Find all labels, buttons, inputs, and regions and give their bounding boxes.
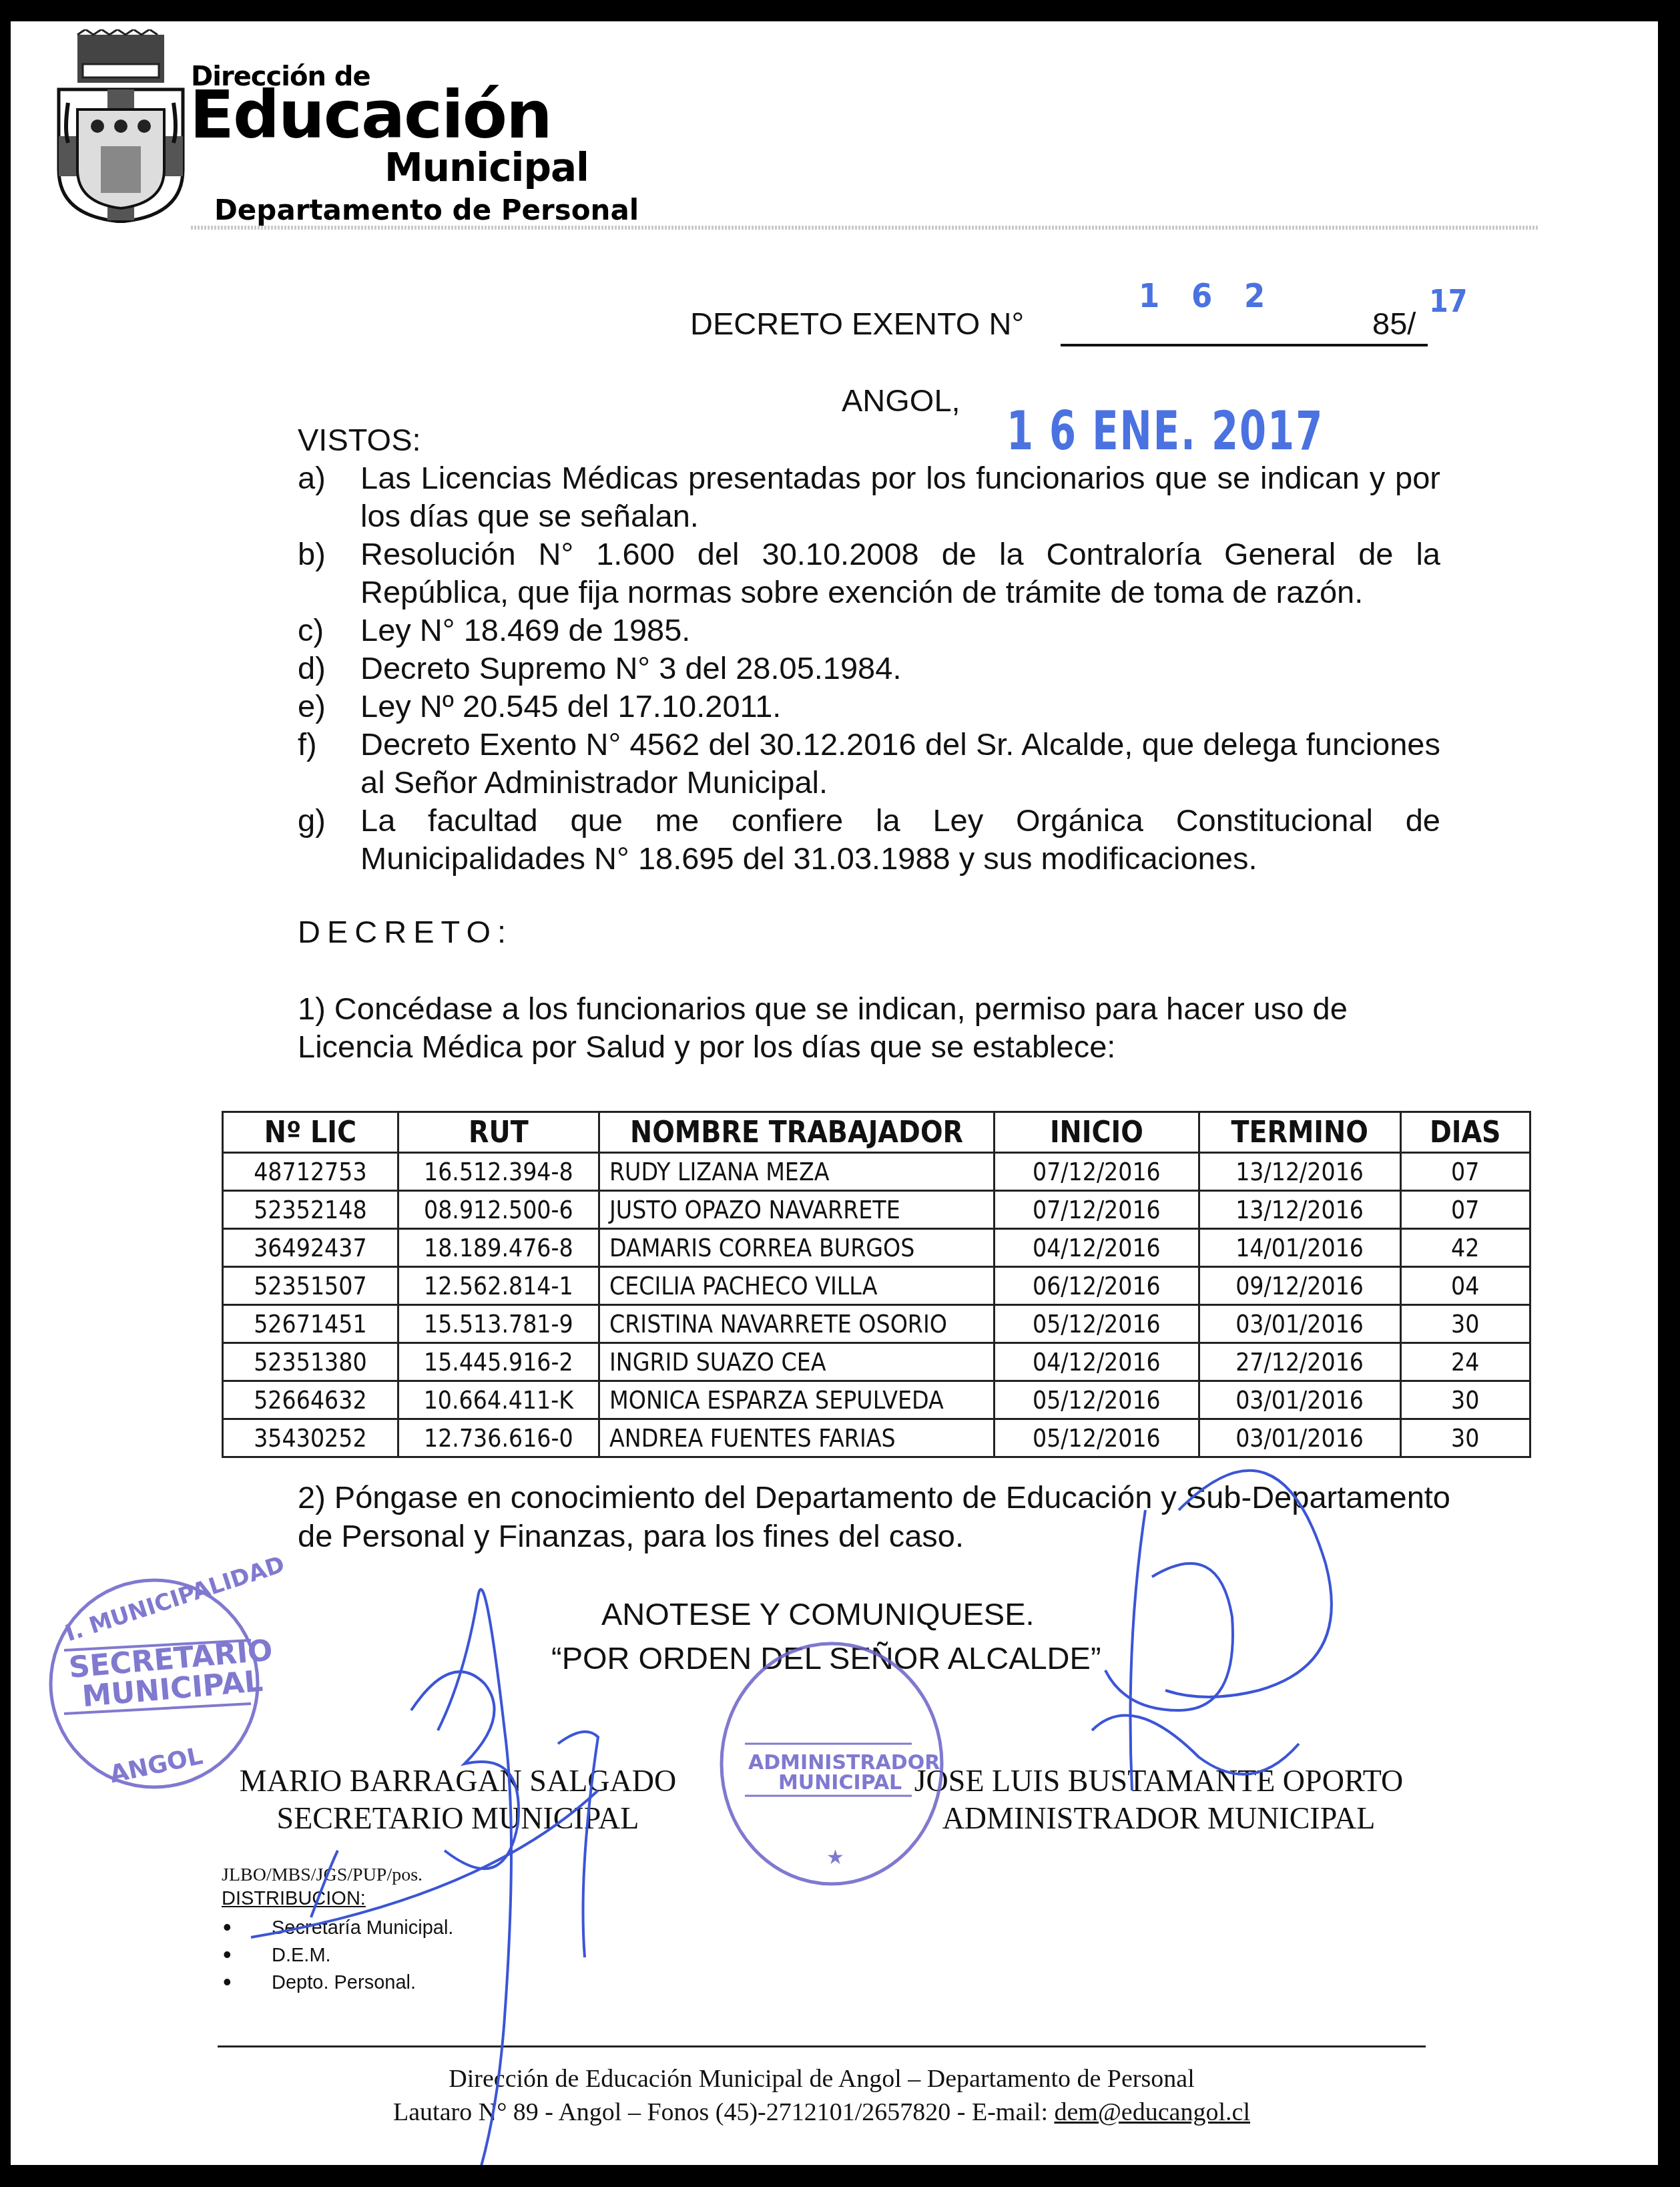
signatory-left: MARIO BARRAGAN SALGADO SECRETARIO MUNICI…: [211, 1762, 705, 1837]
medical-leave-table: Nº LICRUTNOMBRE TRABAJADORINICIOTERMINOD…: [222, 1111, 1531, 1458]
decree-number-line: [1061, 344, 1428, 346]
table-cell: 03/01/2016: [1199, 1419, 1400, 1457]
decree-year-mark: 17: [1429, 283, 1468, 319]
column-header: Nº LIC: [223, 1112, 398, 1153]
table-cell: 30: [1400, 1305, 1530, 1343]
distribution-item: Secretaría Municipal.: [222, 1915, 453, 1942]
table-cell: 48712753: [223, 1153, 398, 1191]
table-row: 4871275316.512.394-8RUDY LIZANA MEZA07/1…: [223, 1153, 1530, 1191]
table-cell: 27/12/2016: [1199, 1343, 1400, 1381]
por-orden-line: “POR ORDEN DEL SEÑOR ALCALDE”: [551, 1640, 1101, 1676]
table-row: 3649243718.189.476-8DAMARIS CORREA BURGO…: [223, 1229, 1530, 1267]
table-row: 5235150712.562.814-1CECILIA PACHECO VILL…: [223, 1267, 1530, 1305]
table-row: 5235138015.445.916-2INGRID SUAZO CEA04/1…: [223, 1343, 1530, 1381]
letterhead-title: Educación: [190, 83, 551, 148]
signatory-left-title: SECRETARIO MUNICIPAL: [211, 1800, 705, 1837]
decree-number-stamp: 1 6 2: [1139, 276, 1276, 315]
table-cell: 30: [1400, 1419, 1530, 1457]
table-cell: 04/12/2016: [995, 1229, 1199, 1267]
table-cell: 04/12/2016: [995, 1343, 1199, 1381]
table-cell: 07: [1400, 1153, 1530, 1191]
vistos-item: g)La facultad que me confiere la Ley Org…: [298, 801, 1440, 877]
vistos-item-text: Decreto Exento N° 4562 del 30.12.2016 de…: [360, 726, 1440, 800]
table-cell: 04: [1400, 1267, 1530, 1305]
table-header-row: Nº LICRUTNOMBRE TRABAJADORINICIOTERMINOD…: [223, 1112, 1530, 1153]
distribution-heading: DISTRIBUCION:: [222, 1888, 366, 1910]
seals-and-signatures: SECRETARIO MUNICIPAL ANGOL I. MUNICIPALI…: [11, 21, 1658, 2165]
table-cell: 05/12/2016: [995, 1419, 1199, 1457]
table-cell: 24: [1400, 1343, 1530, 1381]
vistos-heading: VISTOS:: [298, 421, 1440, 459]
place-label: ANGOL,: [842, 382, 960, 419]
table-cell: 52351380: [223, 1343, 398, 1381]
footer-email-link[interactable]: dem@educangol.cl: [1054, 2098, 1250, 2126]
vistos-item: b)Resolución N° 1.600 del 30.10.2008 de …: [298, 535, 1440, 611]
table-cell: 03/01/2016: [1199, 1305, 1400, 1343]
vistos-item: c)Ley N° 18.469 de 1985.: [298, 611, 1440, 649]
distribution-item: D.E.M.: [222, 1942, 453, 1969]
vistos-item-text: Ley Nº 20.545 del 17.10.2011.: [360, 688, 781, 724]
vistos-item-text: Decreto Supremo N° 3 del 28.05.1984.: [360, 650, 901, 686]
signatory-right: JOSE LUIS BUSTAMANTE OPORTO ADMINISTRADO…: [878, 1762, 1439, 1837]
table-cell: 52352148: [223, 1191, 398, 1229]
letterhead-department: Departamento de Personal: [214, 196, 639, 224]
table-cell: 03/01/2016: [1199, 1381, 1400, 1419]
vistos-item: f)Decreto Exento N° 4562 del 30.12.2016 …: [298, 725, 1440, 801]
column-header: DIAS: [1400, 1112, 1530, 1153]
table-cell: CECILIA PACHECO VILLA: [599, 1267, 994, 1305]
table-cell: MONICA ESPARZA SEPULVEDA: [599, 1381, 994, 1419]
table-cell: 35430252: [223, 1419, 398, 1457]
signatory-left-name: MARIO BARRAGAN SALGADO: [211, 1762, 705, 1800]
signatory-right-title: ADMINISTRADOR MUNICIPAL: [878, 1800, 1439, 1837]
footer-line-2: Lautaro N° 89 - Angol – Fonos (45)-27121…: [218, 2098, 1426, 2127]
footer-line-1: Dirección de Educación Municipal de Ango…: [218, 2064, 1426, 2094]
decree-number-suffix: 85/: [1372, 305, 1416, 342]
svg-text:ANGOL: ANGOL: [107, 1742, 206, 1788]
table-cell: 15.445.916-2: [398, 1343, 599, 1381]
table-cell: 52671451: [223, 1305, 398, 1343]
table-cell: 18.189.476-8: [398, 1229, 599, 1267]
vistos-list: a)Las Licencias Médicas presentadas por …: [298, 459, 1440, 877]
vistos-item-label: d): [298, 649, 326, 687]
decreto-point-2: 2) Póngase en conocimiento del Departame…: [298, 1478, 1459, 1555]
vistos-item-text: Ley N° 18.469 de 1985.: [360, 612, 690, 648]
secretario-seal-icon: SECRETARIO MUNICIPAL ANGOL I. MUNICIPALI…: [51, 1551, 288, 1788]
signatory-right-name: JOSE LUIS BUSTAMANTE OPORTO: [878, 1762, 1439, 1800]
municipal-coat-of-arms-icon: [51, 29, 191, 223]
vistos-item-text: Las Licencias Médicas presentadas por lo…: [360, 460, 1440, 533]
footer-address: Lautaro N° 89 - Angol – Fonos (45)-27121…: [393, 2098, 1054, 2126]
distribution-item: Depto. Personal.: [222, 1969, 453, 1997]
vistos-item-label: b): [298, 535, 326, 573]
table-cell: 08.912.500-6: [398, 1191, 599, 1229]
table-cell: 06/12/2016: [995, 1267, 1199, 1305]
table-cell: 52664632: [223, 1381, 398, 1419]
table-cell: 05/12/2016: [995, 1305, 1199, 1343]
table-cell: 09/12/2016: [1199, 1267, 1400, 1305]
table-cell: 12.562.814-1: [398, 1267, 599, 1305]
table-cell: 30: [1400, 1381, 1530, 1419]
vistos-item-label: g): [298, 801, 326, 839]
table-cell: 36492437: [223, 1229, 398, 1267]
svg-text:I. MUNICIPALIDAD: I. MUNICIPALIDAD: [62, 1551, 288, 1647]
svg-text:★: ★: [826, 1847, 844, 1869]
distribution-list: Secretaría Municipal.D.E.M.Depto. Person…: [222, 1915, 453, 1997]
table-cell: INGRID SUAZO CEA: [599, 1343, 994, 1381]
table-row: 5267145115.513.781-9CRISTINA NAVARRETE O…: [223, 1305, 1530, 1343]
decreto-point-1: 1) Concédase a los funcionarios que se i…: [298, 989, 1440, 1065]
column-header: TERMINO: [1199, 1112, 1400, 1153]
vistos-item-label: a): [298, 459, 326, 497]
decreto-heading: DECRETO:: [298, 913, 1440, 951]
table-cell: 13/12/2016: [1199, 1191, 1400, 1229]
vistos-item-label: c): [298, 611, 324, 649]
svg-text:MUNICIPAL: MUNICIPAL: [81, 1664, 264, 1714]
table-cell: 10.664.411-K: [398, 1381, 599, 1419]
footer-divider: [218, 2045, 1426, 2047]
document-page: Dirección de Educación Municipal Departa…: [11, 21, 1658, 2165]
table-cell: 52351507: [223, 1267, 398, 1305]
vistos-item-label: f): [298, 725, 317, 763]
table-cell: 16.512.394-8: [398, 1153, 599, 1191]
column-header: RUT: [398, 1112, 599, 1153]
table-cell: 12.736.616-0: [398, 1419, 599, 1457]
table-cell: 07/12/2016: [995, 1191, 1199, 1229]
table-cell: DAMARIS CORREA BURGOS: [599, 1229, 994, 1267]
table-cell: 15.513.781-9: [398, 1305, 599, 1343]
table-cell: 14/01/2016: [1199, 1229, 1400, 1267]
decree-label: DECRETO EXENTO N°: [690, 305, 1024, 342]
table-cell: ANDREA FUENTES FARIAS: [599, 1419, 994, 1457]
letterhead-line-3: Municipal: [384, 148, 589, 187]
column-header: INICIO: [995, 1112, 1199, 1153]
table-cell: RUDY LIZANA MEZA: [599, 1153, 994, 1191]
vistos-item: a)Las Licencias Médicas presentadas por …: [298, 459, 1440, 535]
svg-text:SECRETARIO: SECRETARIO: [67, 1634, 274, 1686]
table-cell: CRISTINA NAVARRETE OSORIO: [599, 1305, 994, 1343]
table-cell: 13/12/2016: [1199, 1153, 1400, 1191]
vistos-item-text: La facultad que me confiere la Ley Orgán…: [360, 802, 1440, 876]
table-cell: 07: [1400, 1191, 1530, 1229]
table-cell: 05/12/2016: [995, 1381, 1199, 1419]
vistos-item: d)Decreto Supremo N° 3 del 28.05.1984.: [298, 649, 1440, 687]
vistos-item: e)Ley Nº 20.545 del 17.10.2011.: [298, 687, 1440, 725]
table-row: 5266463210.664.411-KMONICA ESPARZA SEPUL…: [223, 1381, 1530, 1419]
table-row: 5235214808.912.500-6JUSTO OPAZO NAVARRET…: [223, 1191, 1530, 1229]
vistos-item-label: e): [298, 687, 326, 725]
vistos-item-text: Resolución N° 1.600 del 30.10.2008 de la…: [360, 536, 1440, 610]
letterhead-divider: [191, 226, 1539, 230]
table-cell: 07/12/2016: [995, 1153, 1199, 1191]
table-cell: 42: [1400, 1229, 1530, 1267]
table-cell: JUSTO OPAZO NAVARRETE: [599, 1191, 994, 1229]
table-row: 3543025212.736.616-0ANDREA FUENTES FARIA…: [223, 1419, 1530, 1457]
anotese-line: ANOTESE Y COMUNIQUESE.: [601, 1596, 1035, 1632]
reference-initials: JLBO/MBS/JGS/PUP/pos.: [222, 1864, 423, 1887]
column-header: NOMBRE TRABAJADOR: [599, 1112, 994, 1153]
